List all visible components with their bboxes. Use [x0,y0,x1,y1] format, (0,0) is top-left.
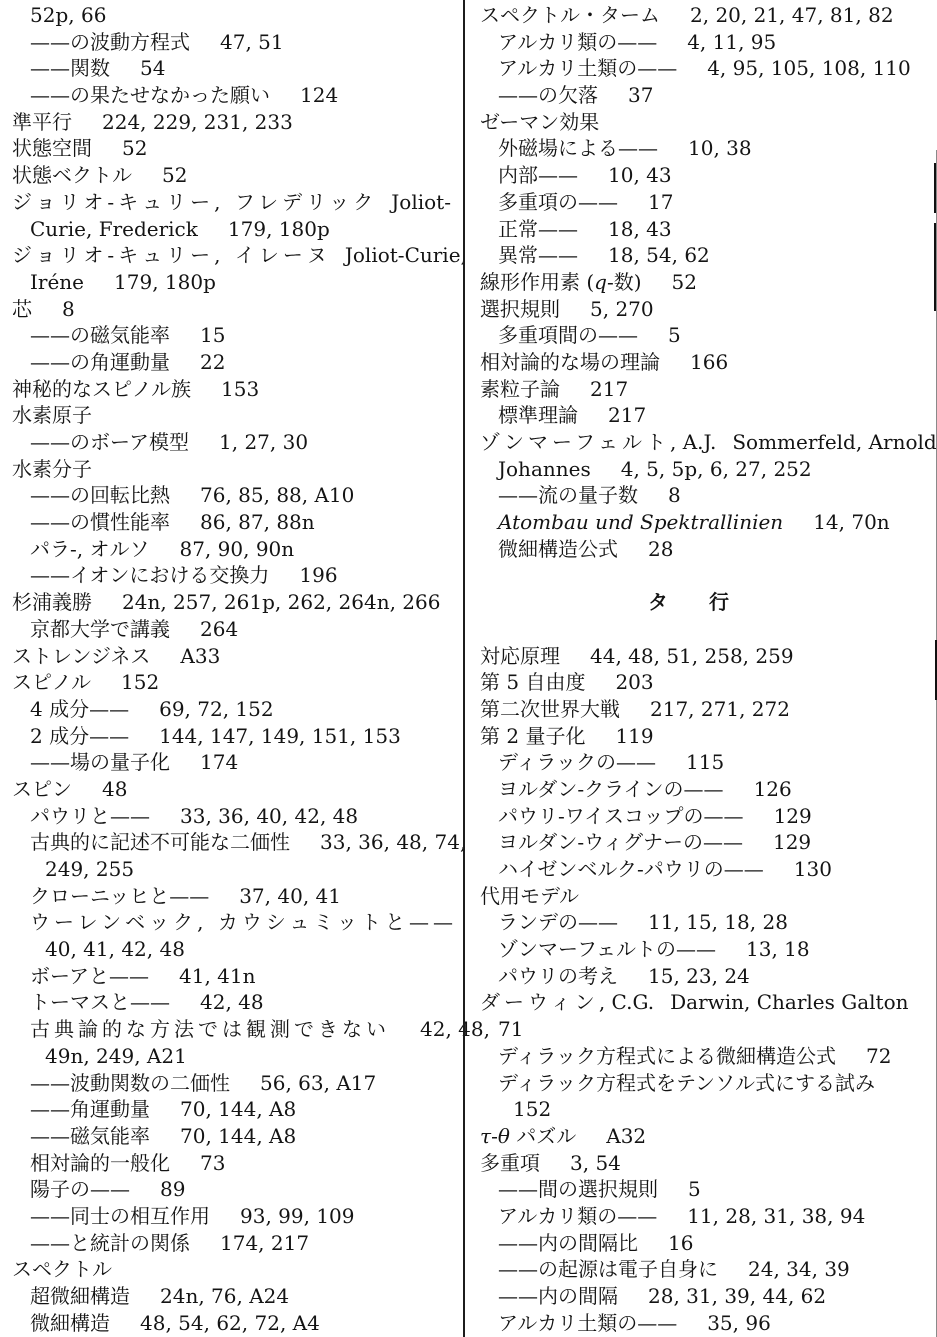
index-term: アルカリ類の—— [498,1204,657,1228]
index-line: 49n, 249, A21 [12,1043,462,1070]
page-numbers: 4, 5, 5p, 6, 27, 252 [621,457,812,481]
index-term: ジョリオ-キュリー, イレーヌJoliot-Curie, [12,243,467,267]
index-term: τ-θ パズル [480,1124,576,1148]
term-text: ——の欠落 [498,83,598,107]
term-text: ——の角運動量 [30,350,170,374]
term-text: 微細構造 [30,1311,110,1335]
page-numbers: 33, 36, 40, 42, 48 [180,804,358,828]
index-term: 多重項の—— [498,190,618,214]
index-term: ゾンマーフェルトの—— [498,937,716,961]
term-text: ——イオンにおける交換力 [30,563,269,587]
page-numbers: 10, 38 [688,136,752,160]
index-line: ハイゼンベルク-パウリの——130 [480,856,937,883]
term-text: 代用モデル [480,884,579,908]
index-term: Iréne [30,270,84,294]
term-text: 状態ベクトル [12,163,132,187]
index-line: 杉浦義勝24n, 257, 261p, 262, 264n, 266 [12,589,462,616]
index-term: アルカリ土類の—— [498,1311,677,1335]
term-text: スピン [12,777,72,801]
term-text: ヨルダン-ウィグナーの—— [498,830,743,854]
index-line: 第二次世界大戦217, 271, 272 [480,696,937,723]
term-text: ——関数 [30,56,110,80]
page-numbers: 115 [686,750,724,774]
index-line: ゾンマーフェルトの——13, 18 [480,936,937,963]
index-line: 第 2 量子化119 [480,723,937,750]
index-line: 249, 255 [12,856,462,883]
index-line: 正常——18, 43 [480,216,937,243]
index-term: 外磁場による—— [498,136,658,160]
index-line: τ-θ パズルA32 [480,1123,937,1150]
index-term: ——間の選択規則 [498,1177,658,1201]
page-numbers: 49n, 249, A21 [45,1044,187,1068]
term-text: パラ-, オルソ [30,537,149,561]
page-numbers: 2, 20, 21, 47, 81, 82 [690,3,894,27]
term-text: ——の果たせなかった願い [30,83,270,107]
index-line: 代用モデル [480,883,937,910]
term-text: ——角運動量 [30,1097,150,1121]
index-term: ランデの—— [498,910,618,934]
index-line: ——場の量子化174 [12,749,462,776]
page-numbers: 174, 217 [220,1231,309,1255]
term-text: - [491,1124,498,1148]
index-term: パウリと—— [30,804,150,828]
index-line: アルカリ土類の——4, 95, 105, 108, 110 [480,55,937,82]
page-numbers: 28, 31, 39, 44, 62 [648,1284,826,1308]
index-line: ——の起源は電子自身に24, 34, 39 [480,1256,937,1283]
index-line: ——の回転比熱76, 85, 88, A10 [12,482,462,509]
term-text: ダーウィン [480,990,599,1014]
index-term: ゾンマーフェルト, A.J.Sommerfeld, Arnold [480,430,937,454]
index-line: ——角運動量70, 144, A8 [12,1096,462,1123]
page-numbers: 72 [866,1044,891,1068]
term-text: 杉浦義勝 [12,590,92,614]
index-term: ディラック方程式をテンソル式にする試み [498,1071,875,1095]
page-numbers: A33 [180,644,220,668]
term-text: ——場の量子化 [30,750,170,774]
term-text: 内部—— [498,163,578,187]
page-numbers: 224, 229, 231, 233 [102,110,293,134]
index-term: スピン [12,777,72,801]
index-line: ——イオンにおける交換力196 [12,562,462,589]
page-numbers: 152 [513,1097,551,1121]
index-line: ——同士の相互作用93, 99, 109 [12,1203,462,1230]
index-line: ジョリオ-キュリー, フレデリックJoliot- [12,189,462,216]
page-numbers: 52 [162,163,187,187]
index-line: ——内の間隔比16 [480,1230,937,1257]
term-text: Joliot- [391,190,451,214]
index-term: 線形作用素 (q-数) [480,270,642,294]
index-line: Atombau und Spektrallinien14, 70n [480,509,937,536]
index-term: Atombau und Spektrallinien [498,510,783,534]
term-text: , A.J. [670,430,716,454]
index-line: 選択規則5, 270 [480,296,937,323]
term-text: ——の慣性能率 [30,510,170,534]
index-term: ウーレンベック, カウシュミットと—— [30,910,457,934]
term-text: ——と統計の関係 [30,1231,190,1255]
term-text: 超微細構造 [30,1284,130,1308]
index-term: スピノル [12,670,91,694]
page-numbers: 153 [221,377,259,401]
index-line: 対応原理44, 48, 51, 258, 259 [480,643,937,670]
index-line: スペクトル・ターム2, 20, 21, 47, 81, 82 [480,2,937,29]
page-numbers: 86, 87, 88n [200,510,315,534]
index-line: 水素分子 [12,456,462,483]
term-text: ゾンマーフェルト [480,430,670,454]
index-page: 52p, 66——の波動方程式47, 51——関数54——の果たせなかった願い1… [0,0,937,1337]
index-line: ディラックの——115 [480,749,937,776]
index-term: 古典的に記述不可能な二価性 [30,830,290,854]
page-numbers: 37 [628,83,653,107]
index-term: 相対論的一般化 [30,1151,170,1175]
index-line: 相対論的な場の理論166 [480,349,937,376]
page-numbers: 54 [140,56,165,80]
index-term: アルカリ土類の—— [498,56,677,80]
page-numbers: 41, 41n [179,964,256,988]
index-line: パウリの考え15, 23, 24 [480,963,937,990]
term-text: 多重項 [480,1151,540,1175]
page-numbers: 70, 144, A8 [180,1097,296,1121]
term-text: ハイゼンベルク-パウリの—— [498,857,764,881]
index-line: 京都大学で講義264 [12,616,462,643]
page-numbers: 52 [672,270,697,294]
term-text: ゼーマン効果 [480,110,599,134]
index-line: トーマスと——42, 48 [12,989,462,1016]
term-text: スペクトル [12,1257,112,1281]
term-text: トーマスと—— [30,990,170,1014]
index-term: 微細構造公式 [498,537,618,561]
index-line: 2 成分——144, 147, 149, 151, 153 [12,723,462,750]
index-line: Curie, Frederick179, 180p [12,216,462,243]
index-term: Curie, Frederick [30,217,198,241]
index-line: Johannes4, 5, 5p, 6, 27, 252 [480,456,937,483]
page-numbers: 8 [62,297,75,321]
term-text: ジョリオ-キュリー, フレデリック [12,190,377,214]
index-term: ヨルダン-ウィグナーの—— [498,830,743,854]
term-text: アルカリ類の—— [498,1204,657,1228]
page-numbers: 3, 54 [570,1151,621,1175]
index-term: ヨルダン-クラインの—— [498,777,724,801]
index-term: 多重項間の—— [498,323,638,347]
index-line: 4 成分——69, 72, 152 [12,696,462,723]
page-numbers: 71 [498,1017,523,1041]
index-term: 標準理論 [498,403,578,427]
term-text: ゾンマーフェルトの—— [498,937,716,961]
page-numbers: 44, 48, 51, 258, 259 [590,644,794,668]
index-term: 第二次世界大戦 [480,697,620,721]
index-line: 多重項3, 54 [480,1150,937,1177]
index-line: 陽子の——89 [12,1176,462,1203]
term-text: アルカリ土類の—— [498,1311,677,1335]
page-numbers: 5 [688,1177,701,1201]
index-line: 第 5 自由度203 [480,669,937,696]
page-numbers: 42, 48 [200,990,264,1014]
term-text: 2 成分—— [30,724,129,748]
term-text: ——の起源は電子自身に [498,1257,718,1281]
term-text: ランデの—— [498,910,618,934]
index-term: ——イオンにおける交換力 [30,563,269,587]
term-text: ボーアと—— [30,964,149,988]
term-text: 状態空間 [12,136,92,160]
index-line: 71 [480,1016,937,1043]
term-text: 微細構造公式 [498,537,618,561]
term-text: 標準理論 [498,403,578,427]
index-line: 神秘的なスピノル族153 [12,376,462,403]
term-text: 第 5 自由度 [480,670,585,694]
index-line: ——内の間隔28, 31, 39, 44, 62 [480,1283,937,1310]
term-text: ——内の間隔 [498,1284,618,1308]
index-line: 微細構造公式28 [480,536,937,563]
term-text: ディラックの—— [498,750,656,774]
index-line: ——の慣性能率86, 87, 88n [12,509,462,536]
page-numbers: 1, 27, 30 [219,430,308,454]
term-text: Curie, Frederick [30,217,198,241]
index-line: ——の角運動量22 [12,349,462,376]
index-term: ——の起源は電子自身に [498,1257,718,1281]
page-numbers: 17 [648,190,673,214]
term-text: ディラック方程式による微細構造公式 [498,1044,836,1068]
index-line: 超微細構造24n, 76, A24 [12,1283,462,1310]
index-line: 標準理論217 [480,402,937,429]
term-text: パウリの考え [498,964,618,988]
page-numbers: 217 [608,403,646,427]
page-numbers: 196 [299,563,337,587]
index-term: 第 2 量子化 [480,724,585,748]
index-line: ——の欠落37 [480,82,937,109]
index-line: ——関数54 [12,55,462,82]
page-numbers: 264 [200,617,238,641]
index-line: 線形作用素 (q-数)52 [480,269,937,296]
index-line: ウーレンベック, カウシュミットと—— [12,909,462,936]
index-term: 4 成分—— [30,697,129,721]
page-numbers: 10, 43 [608,163,672,187]
term-text: 水素分子 [12,457,92,481]
page-numbers: 129 [773,830,811,854]
page-numbers: 73 [200,1151,225,1175]
page-numbers: 33, 36, 48, 74, [320,830,466,854]
index-term: ——磁気能率 [30,1124,150,1148]
index-term: 京都大学で講義 [30,617,170,641]
page-numbers: 130 [794,857,832,881]
index-line: 52p, 66 [12,2,462,29]
index-line: アルカリ類の——11, 28, 31, 38, 94 [480,1203,937,1230]
index-term: ジョリオ-キュリー, フレデリックJoliot- [12,190,451,214]
index-line: 多重項の——17 [480,189,937,216]
index-line: アルカリ類の——4, 11, 95 [480,29,937,56]
page-numbers: 152 [121,670,159,694]
scan-edge-artifact [934,163,936,213]
index-term: パウリ-ワイスコップの—— [498,804,744,828]
term-text: ——の磁気能率 [30,323,170,347]
term-text: ——内の間隔比 [498,1231,638,1255]
term-text: Atombau und Spektrallinien [498,510,783,534]
term-text: 4 成分—— [30,697,129,721]
index-term: 内部—— [498,163,578,187]
term-text: スペクトル・ターム [480,3,660,27]
page-numbers: 70, 144, A8 [180,1124,296,1148]
index-line: ストレンジネスA33 [12,643,462,670]
term-text: , C.G. [599,990,654,1014]
index-line: 古典的に記述不可能な二価性33, 36, 48, 74, [12,829,462,856]
term-text: アルカリ土類の—— [498,56,677,80]
term-text: 準平行 [12,110,72,134]
index-term: 多重項 [480,1151,540,1175]
index-term: ストレンジネス [12,644,150,668]
index-line: パウリと——33, 36, 40, 42, 48 [12,803,462,830]
index-column-left: 52p, 66——の波動方程式47, 51——関数54——の果たせなかった願い1… [0,2,462,1336]
index-term: 微細構造 [30,1311,110,1335]
page-numbers: 4, 95, 105, 108, 110 [707,56,911,80]
page-numbers: 69, 72, 152 [159,697,274,721]
index-term: 状態空間 [12,136,92,160]
index-term: ——の角運動量 [30,350,170,374]
page-numbers: 119 [615,724,653,748]
term-text: ストレンジネス [12,644,150,668]
index-term: ディラックの—— [498,750,656,774]
index-term: ——関数 [30,56,110,80]
index-line: Iréne179, 180p [12,269,462,296]
term-text: 古典論的な方法では観測できない [30,1017,390,1041]
term-text: 古典的に記述不可能な二価性 [30,830,290,854]
term-text: パズル [510,1124,576,1148]
term-text: ——のボーア模型 [30,430,189,454]
index-line: アルカリ土類の——35, 96 [480,1310,937,1337]
index-term: ——同士の相互作用 [30,1204,210,1228]
index-term: ——の慣性能率 [30,510,170,534]
index-line: 素粒子論217 [480,376,937,403]
term-text: 陽子の—— [30,1177,130,1201]
index-line: 水素原子 [12,402,462,429]
term-text: 相対論的一般化 [30,1151,170,1175]
page-numbers: A32 [606,1124,646,1148]
term-text: Johannes [498,457,591,481]
index-term: ——の回転比熱 [30,483,170,507]
page-numbers: 217 [590,377,628,401]
term-text: 芯 [12,297,32,321]
index-term: ゼーマン効果 [480,110,599,134]
index-term: ——の磁気能率 [30,323,170,347]
page-numbers: 47, 51 [220,30,284,54]
index-line: 異常——18, 54, 62 [480,242,937,269]
term-text: クローニッヒと—— [30,884,209,908]
index-term: 神秘的なスピノル族 [12,377,191,401]
page-numbers: 37, 40, 41 [239,884,341,908]
scan-edge-artifact [934,223,936,311]
index-term: パウリの考え [498,964,618,988]
index-line: 多重項間の——5 [480,322,937,349]
index-term: ——の波動方程式 [30,30,190,54]
page-numbers: 126 [754,777,792,801]
index-line: ——の波動方程式47, 51 [12,29,462,56]
index-line: 準平行224, 229, 231, 233 [12,109,462,136]
term-text: ジョリオ-キュリー, イレーヌ [12,243,331,267]
term-text: アルカリ類の—— [498,30,657,54]
index-term: ——角運動量 [30,1097,150,1121]
term-text: Darwin, Charles Galton [670,990,908,1014]
page-numbers: 174 [200,750,238,774]
index-line: スピン48 [12,776,462,803]
page-numbers: 48, 54, 62, 72, A4 [140,1311,320,1335]
page-numbers: 40, 41, 42, 48 [45,937,185,961]
index-line: ——と統計の関係174, 217 [12,1230,462,1257]
page-numbers: 48 [102,777,127,801]
index-line: 微細構造48, 54, 62, 72, A4 [12,1310,462,1337]
index-line: クローニッヒと——37, 40, 41 [12,883,462,910]
page-numbers: 124 [300,83,338,107]
column-divider [463,0,465,1337]
index-line: ヨルダン-クラインの——126 [480,776,937,803]
index-term: ——波動関数の二価性 [30,1071,230,1095]
term-text: Sommerfeld, Arnold [732,430,936,454]
index-line: スペクトル [12,1256,462,1283]
index-line: ジョリオ-キュリー, イレーヌJoliot-Curie, [12,242,462,269]
page-numbers: 56, 63, A17 [260,1071,376,1095]
index-line: 古典論的な方法では観測できない42, 48, [12,1016,462,1043]
index-line: ディラック方程式による微細構造公式72 [480,1043,937,1070]
page-numbers: 4, 11, 95 [687,30,776,54]
index-term: 超微細構造 [30,1284,130,1308]
page-numbers: 8 [668,483,681,507]
term-text: ウーレンベック, カウシュミットと—— [30,910,457,934]
index-line: ディラック方程式をテンソル式にする試み [480,1070,937,1097]
index-term: ——内の間隔比 [498,1231,638,1255]
index-term: 状態ベクトル [12,163,132,187]
term-text: ——流の量子数 [498,483,638,507]
index-term: ——の欠落 [498,83,598,107]
index-line: ——波動関数の二価性56, 63, A17 [12,1070,462,1097]
term-text: パウリ-ワイスコップの—— [498,804,744,828]
term-text: ——磁気能率 [30,1124,150,1148]
index-term: ——内の間隔 [498,1284,618,1308]
page-numbers: 144, 147, 149, 151, 153 [159,724,401,748]
page-numbers: 5, 270 [590,297,654,321]
index-term: 杉浦義勝 [12,590,92,614]
index-term: ——場の量子化 [30,750,170,774]
index-line: ——のボーア模型1, 27, 30 [12,429,462,456]
index-term: 対応原理 [480,644,560,668]
page-numbers: 18, 54, 62 [608,243,710,267]
page-numbers: 52p, 66 [30,3,106,27]
term-text: 対応原理 [480,644,560,668]
index-line: 内部——10, 43 [480,162,937,189]
index-term: 異常—— [498,243,578,267]
blank-line [480,562,937,589]
index-term: クローニッヒと—— [30,884,209,908]
index-term: ハイゼンベルク-パウリの—— [498,857,764,881]
page-numbers: 87, 90, 90n [179,537,294,561]
index-term: Johannes [498,457,591,481]
page-numbers: 22 [200,350,225,374]
term-text: ——の波動方程式 [30,30,190,54]
index-line: 外磁場による——10, 38 [480,135,937,162]
index-line: 40, 41, 42, 48 [12,936,462,963]
term-text: τ [480,1124,491,1148]
term-text: q [594,270,607,294]
term-text: ——同士の相互作用 [30,1204,210,1228]
index-line: パラ-, オルソ87, 90, 90n [12,536,462,563]
term-text: ディラック方程式をテンソル式にする試み [498,1071,875,1095]
index-term: 古典論的な方法では観測できない [30,1017,390,1041]
index-line: 相対論的一般化73 [12,1150,462,1177]
term-text: 水素原子 [12,403,92,427]
index-term: 準平行 [12,110,72,134]
index-line: スピノル152 [12,669,462,696]
index-line: パウリ-ワイスコップの——129 [480,803,937,830]
page-numbers: 179, 180p [114,270,216,294]
page-numbers: 24n, 76, A24 [160,1284,289,1308]
page-numbers: 11, 15, 18, 28 [648,910,788,934]
index-line: ——流の量子数8 [480,482,937,509]
term-text: 京都大学で講義 [30,617,170,641]
